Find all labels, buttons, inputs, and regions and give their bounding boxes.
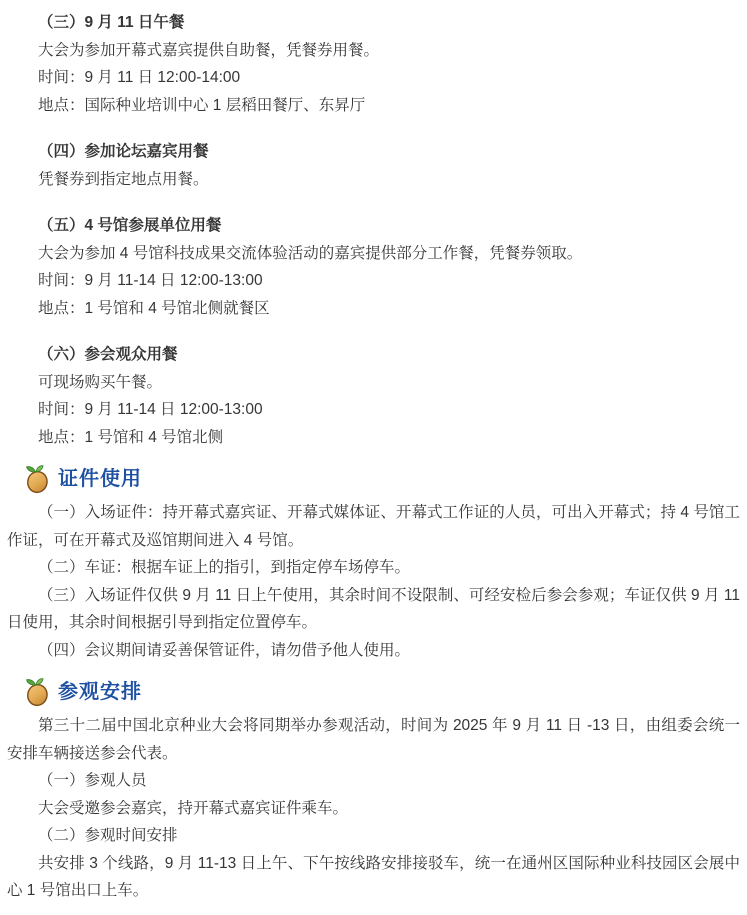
location-line: 地点：1 号馆和 4 号馆北侧就餐区: [7, 295, 740, 323]
paragraph: 凭餐券到指定地点用餐。: [7, 166, 740, 194]
time-line: 时间：9 月 11 日 12:00-14:00: [7, 64, 740, 92]
subsection-heading: （三）9 月 11 日午餐: [7, 9, 740, 37]
seed-icon: [24, 464, 51, 494]
paragraph: 大会为参加 4 号馆科技成果交流体验活动的嘉宾提供部分工作餐，凭餐券领取。: [7, 240, 740, 268]
meal-subsection-forum-guests: （四）参加论坛嘉宾用餐 凭餐券到指定地点用餐。: [7, 138, 740, 193]
section-title-row: 证件使用: [7, 463, 740, 495]
subsection-heading: （五）4 号馆参展单位用餐: [7, 212, 740, 240]
paragraph: 共安排 3 个线路，9 月 11-13 日上午、下午按线路安排接驳车，统一在通州…: [7, 850, 740, 905]
section-visit-arrangements: 参观安排 第三十二届中国北京种业大会将同期举办参观活动，时间为 2025 年 9…: [7, 676, 740, 905]
time-line: 时间：9 月 11-14 日 12:00-13:00: [7, 267, 740, 295]
location-line: 地点：国际种业培训中心 1 层稻田餐厅、东昇厅: [7, 92, 740, 120]
paragraph: （四）会议期间请妥善保管证件，请勿借予他人使用。: [7, 637, 740, 665]
paragraph: （三）入场证件仅供 9 月 11 日上午使用，其余时间不设限制、可经安检后参会参…: [7, 582, 740, 637]
section-title-row: 参观安排: [7, 676, 740, 708]
meal-subsection-hall4-exhibitors: （五）4 号馆参展单位用餐 大会为参加 4 号馆科技成果交流体验活动的嘉宾提供部…: [7, 212, 740, 322]
paragraph: 第三十二届中国北京种业大会将同期举办参观活动，时间为 2025 年 9 月 11…: [7, 712, 740, 767]
meal-subsection-sep11-lunch: （三）9 月 11 日午餐 大会为参加开幕式嘉宾提供自助餐，凭餐券用餐。 时间：…: [7, 9, 740, 119]
paragraph: （二）车证：根据车证上的指引，到指定停车场停车。: [7, 554, 740, 582]
paragraph: （二）参观时间安排: [7, 822, 740, 850]
section-title: 参观安排: [58, 676, 142, 708]
time-line: 时间：9 月 11-14 日 12:00-13:00: [7, 396, 740, 424]
section-credentials: 证件使用 （一）入场证件：持开幕式嘉宾证、开幕式媒体证、开幕式工作证的人员，可出…: [7, 463, 740, 664]
subsection-heading: （六）参会观众用餐: [7, 341, 740, 369]
location-line: 地点：1 号馆和 4 号馆北侧: [7, 424, 740, 452]
paragraph: 大会为参加开幕式嘉宾提供自助餐，凭餐券用餐。: [7, 37, 740, 65]
paragraph: 可现场购买午餐。: [7, 369, 740, 397]
seed-icon: [24, 677, 51, 707]
paragraph: （一）入场证件：持开幕式嘉宾证、开幕式媒体证、开幕式工作证的人员，可出入开幕式；…: [7, 499, 740, 554]
document-page: （三）9 月 11 日午餐 大会为参加开幕式嘉宾提供自助餐，凭餐券用餐。 时间：…: [0, 0, 747, 915]
meal-subsection-visitors: （六）参会观众用餐 可现场购买午餐。 时间：9 月 11-14 日 12:00-…: [7, 341, 740, 451]
section-title: 证件使用: [58, 463, 142, 495]
paragraph: 大会受邀参会嘉宾，持开幕式嘉宾证件乘车。: [7, 795, 740, 823]
paragraph: （一）参观人员: [7, 767, 740, 795]
subsection-heading: （四）参加论坛嘉宾用餐: [7, 138, 740, 166]
